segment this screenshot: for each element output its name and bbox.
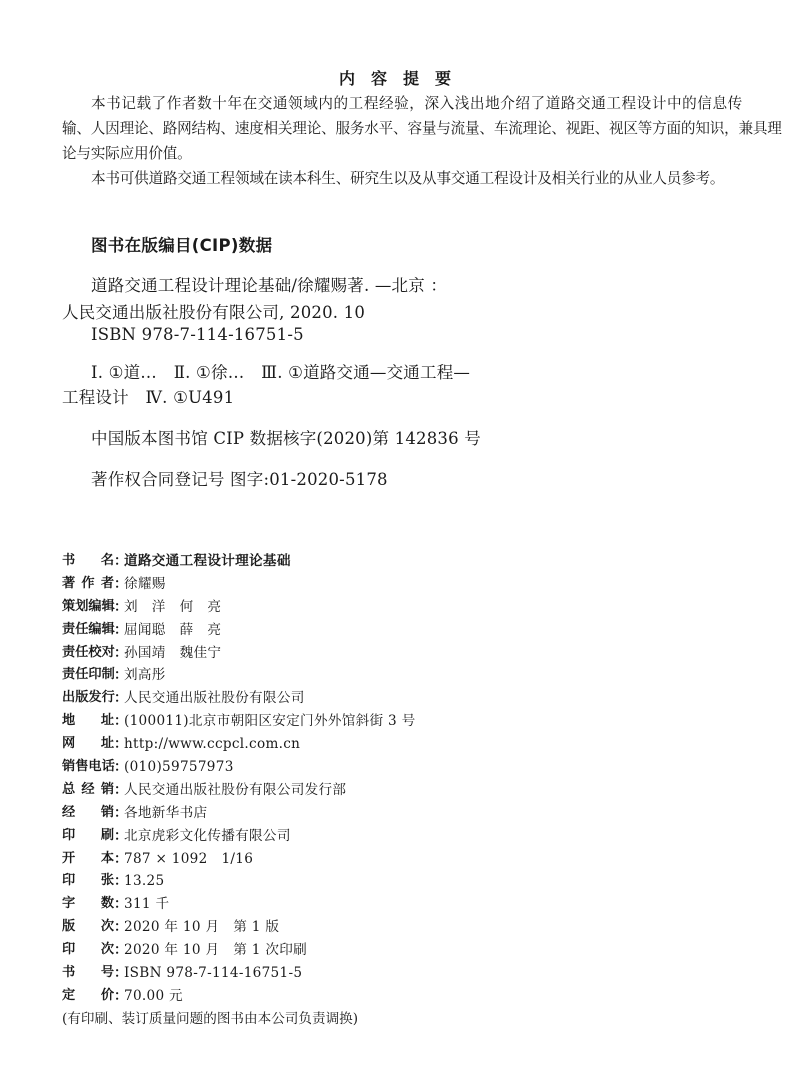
info-value: 北京虎彩文化传播有限公司: [124, 825, 291, 848]
info-label-char: 电: [88, 756, 101, 779]
info-colon: ：: [114, 779, 124, 802]
info-label-char: 作: [81, 573, 94, 596]
info-label: 定价: [62, 985, 114, 1008]
info-label: 字数: [62, 893, 114, 916]
info-row: 网址：http://www.ccpcl.com.cn: [62, 733, 416, 756]
info-value: 道路交通工程设计理论基础: [124, 550, 291, 573]
cip-classification-line-2: 工程设计 Ⅳ. ①U491: [62, 384, 234, 408]
cip-isbn: ISBN 978-7-114-16751-5: [91, 325, 304, 344]
info-label: 出版发行: [62, 687, 114, 710]
info-label: 书名: [62, 550, 114, 573]
info-value: 人民交通出版社股份有限公司: [124, 687, 305, 710]
info-row: 著作者：徐耀赐: [62, 573, 416, 596]
info-row: 印次：2020 年 10 月 第 1 次印刷: [62, 939, 416, 962]
info-row: 印刷：北京虎彩文化传播有限公司: [62, 825, 416, 848]
info-row: 定价：70.00 元: [62, 985, 416, 1008]
info-label-char: 版: [75, 687, 88, 710]
info-label-char: 网: [62, 733, 75, 756]
info-label-char: 编: [88, 596, 101, 619]
summary-line: 本书记载了作者数十年在交通领域内的工程经验，深入浅出地介绍了道路交通工程设计中的…: [62, 91, 742, 116]
info-label-char: 发: [88, 687, 101, 710]
info-label-char: 定: [62, 985, 75, 1008]
info-label-char: 话: [102, 756, 115, 779]
info-value: http://www.ccpcl.com.cn: [124, 733, 300, 756]
info-label-char: 辑: [102, 619, 115, 642]
info-label-char: 辑: [102, 596, 115, 619]
info-label-char: 对: [102, 642, 115, 665]
info-value: 刘高彤: [124, 664, 166, 687]
info-value: 人民交通出版社股份有限公司发行部: [124, 779, 346, 802]
info-colon: ：: [114, 619, 124, 642]
info-label-char: 出: [62, 687, 75, 710]
info-label-char: 销: [62, 756, 75, 779]
info-colon: ：: [114, 825, 124, 848]
info-label: 责任编辑: [62, 619, 114, 642]
info-label: 网址: [62, 733, 114, 756]
info-colon: ：: [114, 687, 124, 710]
info-colon: ：: [114, 802, 124, 825]
info-label-char: 次: [101, 939, 114, 962]
info-label-char: 责: [62, 642, 75, 665]
info-label: 责任印制: [62, 664, 114, 687]
info-label-char: 张: [101, 870, 114, 893]
summary-title: 内容提要: [0, 66, 790, 89]
info-colon: ：: [114, 939, 124, 962]
info-row: 责任印制：刘高彤: [62, 664, 416, 687]
info-colon: ：: [114, 916, 124, 939]
info-value: 屈闻聪 薛 亮: [124, 619, 221, 642]
summary-line: 本书可供道路交通工程领域在读本科生、研究生以及从事交通工程设计及相关行业的从业人…: [62, 166, 742, 191]
info-label-char: 任: [75, 664, 88, 687]
info-label-char: 本: [101, 848, 114, 871]
info-colon: ：: [114, 573, 124, 596]
info-row: 责任校对：孙国靖 魏佳宁: [62, 642, 416, 665]
info-label-char: 印: [62, 870, 75, 893]
info-label: 地址: [62, 710, 114, 733]
info-colon: ：: [114, 756, 124, 779]
info-row: 字数：311 千: [62, 893, 416, 916]
info-label-char: 印: [88, 664, 101, 687]
info-value: 787 × 1092 1/16: [124, 848, 253, 871]
info-value: 311 千: [124, 893, 169, 916]
info-label-char: 号: [101, 962, 114, 985]
info-colon: ：: [114, 664, 124, 687]
info-colon: ：: [114, 596, 124, 619]
info-label: 经销: [62, 802, 114, 825]
info-colon: ：: [114, 550, 124, 573]
info-row: 印张：13.25: [62, 870, 416, 893]
info-label-char: 划: [75, 596, 88, 619]
info-colon: ：: [114, 642, 124, 665]
info-value: (010)59757973: [124, 756, 234, 779]
info-label-char: 编: [88, 619, 101, 642]
quality-note: (有印刷、装订质量问题的图书由本公司负责调换): [62, 1008, 416, 1031]
info-label-char: 者: [101, 573, 114, 596]
info-colon: ：: [114, 870, 124, 893]
info-label: 印刷: [62, 825, 114, 848]
info-row: 地址：(100011)北京市朝阳区安定门外外馆斜街 3 号: [62, 710, 416, 733]
info-row: 书号：ISBN 978-7-114-16751-5: [62, 962, 416, 985]
info-label-char: 书: [62, 962, 75, 985]
info-label-char: 著: [62, 573, 75, 596]
info-label: 策划编辑: [62, 596, 114, 619]
info-label: 总经销: [62, 779, 114, 802]
info-label-char: 址: [101, 733, 114, 756]
info-label-char: 价: [101, 985, 114, 1008]
info-value: 刘 洋 何 亮: [124, 596, 221, 619]
info-label-char: 地: [62, 710, 75, 733]
info-label-char: 数: [101, 893, 114, 916]
info-label: 开本: [62, 848, 114, 871]
info-value: 70.00 元: [124, 985, 183, 1008]
info-label-char: 任: [75, 642, 88, 665]
info-colon: ：: [114, 962, 124, 985]
info-label-char: 任: [75, 619, 88, 642]
info-value: (100011)北京市朝阳区安定门外外馆斜街 3 号: [124, 710, 416, 733]
info-colon: ：: [114, 985, 124, 1008]
info-label-char: 责: [62, 619, 75, 642]
info-row: 经销：各地新华书店: [62, 802, 416, 825]
book-info-list: 书名：道路交通工程设计理论基础著作者：徐耀赐策划编辑：刘 洋 何 亮责任编辑：屈…: [62, 550, 416, 1031]
copyright-registration: 著作权合同登记号 图字:01-2020-5178: [91, 466, 388, 490]
info-colon: ：: [114, 848, 124, 871]
info-label: 销售电话: [62, 756, 114, 779]
info-label-char: 行: [102, 687, 115, 710]
info-row: 出版发行：人民交通出版社股份有限公司: [62, 687, 416, 710]
info-label: 责任校对: [62, 642, 114, 665]
info-label-char: 制: [102, 664, 115, 687]
info-row: 书名：道路交通工程设计理论基础: [62, 550, 416, 573]
info-value: 徐耀赐: [124, 573, 166, 596]
info-label-char: 书: [62, 550, 75, 573]
info-row: 策划编辑：刘 洋 何 亮: [62, 596, 416, 619]
summary-line: 论与实际应用价值。: [62, 141, 742, 166]
info-row: 总经销：人民交通出版社股份有限公司发行部: [62, 779, 416, 802]
info-label-char: 刷: [101, 825, 114, 848]
info-label-char: 策: [62, 596, 75, 619]
cip-title-line-2: 人民交通出版社股份有限公司, 2020. 10: [62, 299, 365, 323]
info-value: 2020 年 10 月 第 1 版: [124, 916, 279, 939]
info-colon: ：: [114, 893, 124, 916]
info-label-char: 址: [101, 710, 114, 733]
info-value: 各地新华书店: [124, 802, 207, 825]
info-label: 印张: [62, 870, 114, 893]
info-colon: ：: [114, 733, 124, 756]
cip-classification-line-1: Ⅰ. ①道… Ⅱ. ①徐… Ⅲ. ①道路交通—交通工程—: [91, 359, 470, 383]
info-label-char: 销: [101, 802, 114, 825]
info-label-char: 总: [62, 779, 75, 802]
info-label: 书号: [62, 962, 114, 985]
info-label-char: 字: [62, 893, 75, 916]
info-value: 13.25: [124, 870, 164, 893]
info-value: 2020 年 10 月 第 1 次印刷: [124, 939, 307, 962]
info-label-char: 开: [62, 848, 75, 871]
info-label-char: 印: [62, 939, 75, 962]
info-label-char: 责: [62, 664, 75, 687]
cip-title-line-1: 道路交通工程设计理论基础/徐耀赐著. —北京 ：: [91, 272, 447, 296]
info-label-char: 版: [62, 916, 75, 939]
summary-line: 输、人因理论、路网结构、速度相关理论、服务水平、容量与流量、车流理论、视距、视区…: [62, 116, 742, 141]
info-row: 责任编辑：屈闻聪 薛 亮: [62, 619, 416, 642]
info-colon: ：: [114, 710, 124, 733]
info-label: 印次: [62, 939, 114, 962]
cip-heading: 图书在版编目(CIP)数据: [91, 232, 272, 256]
summary-paragraph-1: 本书记载了作者数十年在交通领域内的工程经验，深入浅出地介绍了道路交通工程设计中的…: [62, 91, 742, 166]
info-row: 版次：2020 年 10 月 第 1 版: [62, 916, 416, 939]
info-label-char: 名: [101, 550, 114, 573]
info-label-char: 校: [88, 642, 101, 665]
info-row: 开本：787 × 1092 1/16: [62, 848, 416, 871]
info-value: 孙国靖 魏佳宁: [124, 642, 221, 665]
info-label-char: 印: [62, 825, 75, 848]
info-label: 版次: [62, 916, 114, 939]
info-label-char: 次: [101, 916, 114, 939]
info-row: 销售电话：(010)59757973: [62, 756, 416, 779]
info-label-char: 售: [75, 756, 88, 779]
cip-record-number: 中国版本图书馆 CIP 数据核字(2020)第 142836 号: [91, 425, 481, 449]
summary-paragraph-2: 本书可供道路交通工程领域在读本科生、研究生以及从事交通工程设计及相关行业的从业人…: [62, 166, 742, 191]
info-label: 著作者: [62, 573, 114, 596]
info-label-char: 销: [101, 779, 114, 802]
info-label-char: 经: [81, 779, 94, 802]
info-value: ISBN 978-7-114-16751-5: [124, 962, 302, 985]
info-label-char: 经: [62, 802, 75, 825]
